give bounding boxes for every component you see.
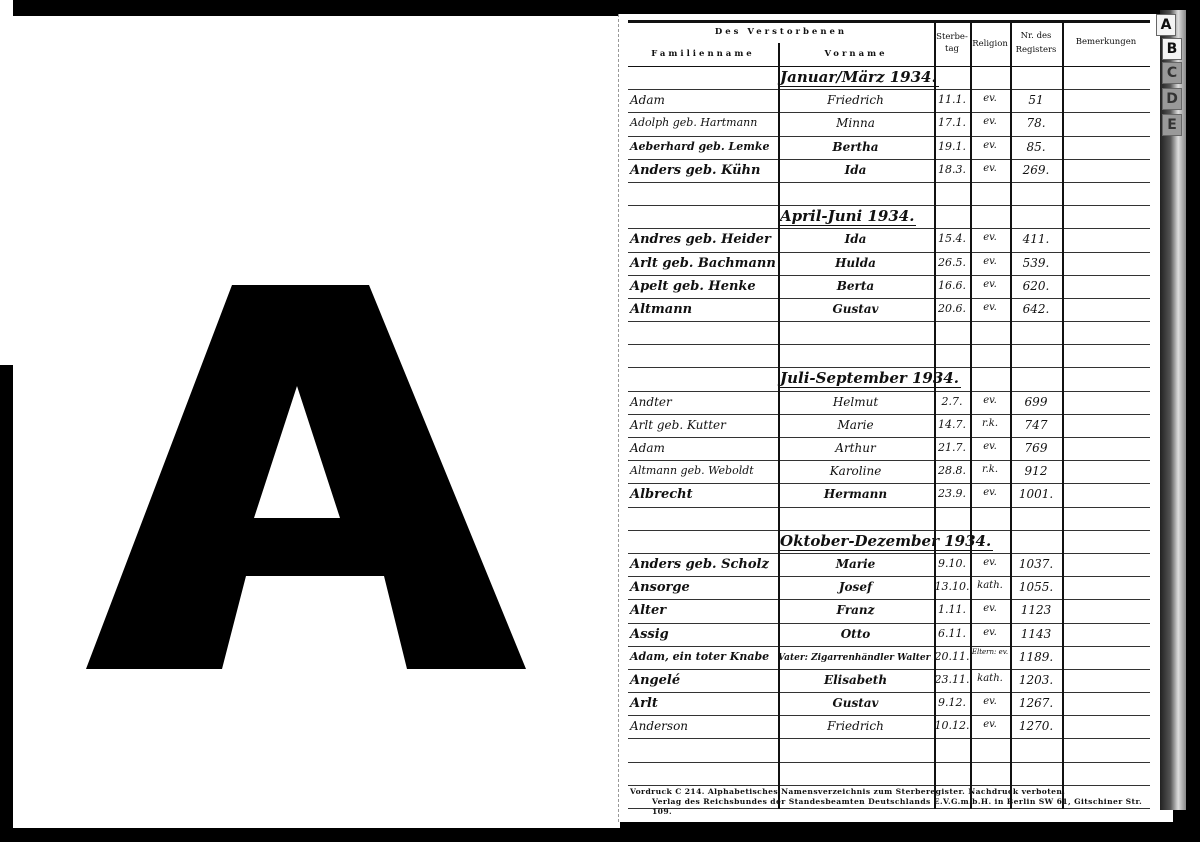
death-date-cell: 9.12. (934, 696, 970, 709)
death-date-cell: 6.11. (934, 627, 970, 640)
death-date-cell: 10.12. (934, 719, 970, 732)
first-name-cell: Minna (778, 116, 933, 130)
first-name-cell: Franz (778, 603, 933, 617)
register-number-cell: 620. (1010, 279, 1062, 293)
surname-cell: Arlt (628, 696, 778, 711)
first-name-cell: Otto (778, 627, 933, 641)
first-name-cell: Karoline (778, 464, 933, 478)
surname-cell: Angelé (628, 673, 778, 688)
death-date-cell: 20.6. (934, 302, 970, 315)
imprint-line-2: Verlag des Reichsbundes der Standesbeamt… (630, 797, 1160, 817)
first-name-cell: Bertha (778, 140, 933, 154)
death-register-index-table: Des Verstorbenen Familienname Vorname St… (628, 20, 1150, 809)
death-date-cell: 20.11. (934, 650, 970, 663)
first-name-cell: Hermann (778, 487, 933, 501)
register-number-cell: 1203. (1010, 673, 1062, 687)
table-row: AndersonFriedrich10.12.ev.1270. (628, 716, 1150, 739)
header-deceased-group: Des Verstorbenen (628, 27, 934, 41)
death-date-cell: 2.7. (934, 395, 970, 408)
surname-cell: Anders geb. Scholz (628, 557, 778, 572)
religion-cell: ev. (970, 140, 1010, 151)
surname-cell: Alter (628, 603, 778, 618)
table-row: AndterHelmut2.7.ev.699 (628, 392, 1150, 415)
table-row: AdamFriedrich11.1.ev.51 (628, 90, 1150, 113)
table-row: Adolph geb. HartmannMinna17.1.ev.78. (628, 113, 1150, 136)
table-row: Altmann geb. WeboldtKaroline28.8.r.k.912 (628, 461, 1150, 484)
first-name-cell: Arthur (778, 441, 933, 455)
religion-cell: ev. (970, 603, 1010, 614)
surname-cell: Andter (628, 395, 778, 409)
religion-cell: ev. (970, 487, 1010, 498)
header-religion: Religion (970, 39, 1010, 53)
surname-cell: Altmann (628, 302, 778, 317)
religion-cell: kath. (970, 673, 1010, 684)
register-number-cell: 411. (1010, 232, 1062, 246)
surname-cell: Adolph geb. Hartmann (628, 116, 778, 129)
surname-cell: Albrecht (628, 487, 778, 502)
table-row: Anders geb. ScholzMarie9.10.ev.1037. (628, 554, 1150, 577)
table-row: AlbrechtHermann23.9.ev.1001. (628, 484, 1150, 507)
table-row: Anders geb. KühnIda18.3.ev.269. (628, 160, 1150, 183)
table-row: AltmannGustav20.6.ev.642. (628, 299, 1150, 322)
tab-letter-d[interactable]: D (1162, 88, 1182, 110)
register-number-cell: 747 (1010, 418, 1062, 432)
religion-cell: ev. (970, 719, 1010, 730)
first-name-cell: Berta (778, 279, 933, 293)
table-row: AnsorgeJosef13.10.kath.1055. (628, 577, 1150, 600)
quarter-heading-row: Januar/März 1934. (628, 67, 1150, 90)
register-number-cell: 78. (1010, 116, 1062, 130)
index-letter-a: A (86, 285, 526, 669)
register-number-cell: 699 (1010, 395, 1062, 409)
column-divider (934, 67, 936, 809)
table-row: AssigOtto6.11.ev.1143 (628, 624, 1150, 647)
empty-row (628, 739, 1150, 762)
surname-cell: Adam, ein toter Knabe (628, 650, 778, 663)
register-number-cell: 85. (1010, 140, 1062, 154)
death-date-cell: 16.6. (934, 279, 970, 292)
tab-letter-e[interactable]: E (1162, 114, 1182, 136)
form-imprint: Vordruck C 214. Alphabetisches Namensver… (630, 787, 1160, 817)
empty-row (628, 183, 1150, 206)
quarter-heading-row: April-Juni 1934. (628, 206, 1150, 229)
death-date-cell: 19.1. (934, 140, 970, 153)
death-date-cell: 14.7. (934, 418, 970, 431)
register-number-cell: 1270. (1010, 719, 1062, 733)
first-name-cell: Ida (778, 232, 933, 246)
empty-row (628, 508, 1150, 531)
register-number-cell: 912 (1010, 464, 1062, 478)
surname-cell: Apelt geb. Henke (628, 279, 778, 294)
register-number-cell: 769 (1010, 441, 1062, 455)
religion-cell: ev. (970, 93, 1010, 104)
first-name-cell: Friedrich (778, 719, 933, 733)
death-date-cell: 13.10. (934, 580, 970, 593)
register-number-cell: 1189. (1010, 650, 1062, 664)
column-divider (778, 67, 780, 809)
register-number-cell: 642. (1010, 302, 1062, 316)
tab-letter-b[interactable]: B (1162, 38, 1182, 60)
religion-cell: ev. (970, 395, 1010, 406)
surname-cell: Andres geb. Heider (628, 232, 778, 247)
table-row: Arlt geb. KutterMarie14.7.r.k.747 (628, 415, 1150, 438)
empty-row (628, 345, 1150, 368)
register-number-cell: 539. (1010, 256, 1062, 270)
religion-cell: ev. (970, 279, 1010, 290)
surname-cell: Anders geb. Kühn (628, 163, 778, 178)
header-sterbetag: Sterbe-tag (934, 31, 970, 61)
first-name-cell: Helmut (778, 395, 933, 409)
surname-cell: Altmann geb. Weboldt (628, 464, 778, 477)
surname-cell: Anderson (628, 719, 778, 733)
quarter-heading-row: Juli-September 1934. (628, 368, 1150, 391)
first-name-cell: Marie (778, 418, 933, 432)
religion-cell: r.k. (970, 418, 1010, 429)
first-name-cell: Gustav (778, 302, 933, 316)
header-vorname: Vorname (778, 49, 934, 63)
table-row: Adam, ein toter KnabeVater: Zigarrenhänd… (628, 647, 1150, 670)
empty-row (628, 322, 1150, 345)
table-row: Arlt geb. BachmannHulda26.5.ev.539. (628, 253, 1150, 276)
tab-letter-a[interactable]: A (1156, 14, 1176, 36)
death-date-cell: 17.1. (934, 116, 970, 129)
column-divider (1010, 67, 1012, 809)
death-date-cell: 1.11. (934, 603, 970, 616)
empty-row (628, 763, 1150, 786)
table-body: Januar/März 1934.AdamFriedrich11.1.ev.51… (628, 67, 1150, 809)
quarter-label: Januar/März 1934. (778, 68, 939, 87)
header-bemerkungen: Bemerkungen (1062, 37, 1150, 51)
quarter-heading-row: Oktober-Dezember 1934. (628, 531, 1150, 554)
quarter-label: April-Juni 1934. (778, 207, 916, 226)
religion-cell: ev. (970, 116, 1010, 127)
religion-cell: ev. (970, 696, 1010, 707)
register-number-cell: 1055. (1010, 580, 1062, 594)
religion-cell: ev. (970, 302, 1010, 313)
first-name-cell: Friedrich (778, 93, 933, 107)
religion-cell: kath. (970, 580, 1010, 591)
quarter-label: Oktober-Dezember 1934. (778, 532, 993, 551)
surname-cell: Assig (628, 627, 778, 642)
surname-cell: Adam (628, 441, 778, 455)
religion-cell: Eltern: ev. (970, 648, 1010, 657)
tab-letter-c[interactable]: C (1162, 62, 1182, 84)
table-row: ArltGustav9.12.ev.1267. (628, 693, 1150, 716)
surname-cell: Aeberhard geb. Lemke (628, 140, 778, 153)
first-name-cell: Elisabeth (778, 673, 933, 687)
death-date-cell: 21.7. (934, 441, 970, 454)
header-nr-register: Nr. des Registers (1010, 29, 1062, 59)
table-row: Andres geb. HeiderIda15.4.ev.411. (628, 229, 1150, 252)
register-number-cell: 1143 (1010, 627, 1062, 641)
first-name-cell: Josef (778, 580, 933, 594)
surname-cell: Adam (628, 93, 778, 107)
table-row: Aeberhard geb. LemkeBertha19.1.ev.85. (628, 137, 1150, 160)
death-date-cell: 28.8. (934, 464, 970, 477)
death-date-cell: 15.4. (934, 232, 970, 245)
scan-left-edge (0, 0, 13, 842)
register-number-cell: 51 (1010, 93, 1062, 107)
column-divider (1062, 67, 1064, 809)
register-number-cell: 269. (1010, 163, 1062, 177)
death-date-cell: 26.5. (934, 256, 970, 269)
surname-cell: Ansorge (628, 580, 778, 595)
religion-cell: ev. (970, 256, 1010, 267)
first-name-cell: Ida (778, 163, 933, 177)
first-name-cell: Vater: Zigarrenhändler Walter Adam (778, 653, 933, 663)
register-number-cell: 1037. (1010, 557, 1062, 571)
table-header: Des Verstorbenen Familienname Vorname St… (628, 23, 1150, 67)
imprint-line-1: Vordruck C 214. Alphabetisches Namensver… (630, 787, 1160, 797)
death-date-cell: 11.1. (934, 93, 970, 106)
religion-cell: ev. (970, 557, 1010, 568)
first-name-cell: Marie (778, 557, 933, 571)
death-date-cell: 23.11. (934, 673, 970, 686)
table-row: AngeléElisabeth23.11.kath.1203. (628, 670, 1150, 693)
religion-cell: ev. (970, 163, 1010, 174)
death-date-cell: 18.3. (934, 163, 970, 176)
column-divider (970, 67, 972, 809)
surname-cell: Arlt geb. Kutter (628, 418, 778, 432)
left-page-margin (0, 16, 13, 365)
death-date-cell: 23.9. (934, 487, 970, 500)
header-familienname: Familienname (628, 49, 778, 63)
table-row: AdamArthur21.7.ev.769 (628, 438, 1150, 461)
register-number-cell: 1001. (1010, 487, 1062, 501)
death-date-cell: 9.10. (934, 557, 970, 570)
first-name-cell: Hulda (778, 256, 933, 270)
religion-cell: ev. (970, 232, 1010, 243)
table-row: Apelt geb. HenkeBerta16.6.ev.620. (628, 276, 1150, 299)
table-row: AlterFranz1.11.ev.1123 (628, 600, 1150, 623)
religion-cell: ev. (970, 441, 1010, 452)
first-name-cell: Gustav (778, 696, 933, 710)
religion-cell: r.k. (970, 464, 1010, 475)
religion-cell: ev. (970, 627, 1010, 638)
register-number-cell: 1267. (1010, 696, 1062, 710)
register-number-cell: 1123 (1010, 603, 1062, 617)
surname-cell: Arlt geb. Bachmann (628, 256, 778, 271)
